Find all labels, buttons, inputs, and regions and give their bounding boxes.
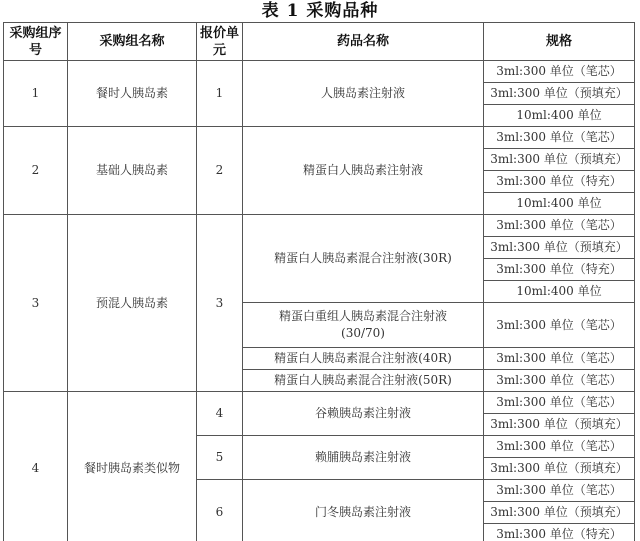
group-no-cell: 1 — [4, 61, 68, 127]
table-row: 4 餐时胰岛素类似物 4 谷赖胰岛素注射液 3ml:300 单位（笔芯） — [4, 392, 635, 414]
header-quote-unit: 报价单元 — [197, 23, 243, 61]
header-spec: 规格 — [484, 23, 635, 61]
header-group-no: 采购组序号 — [4, 23, 68, 61]
spec-cell: 3ml:300 单位（特充） — [484, 171, 635, 193]
spec-cell: 3ml:300 单位（笔芯） — [484, 348, 635, 370]
header-group-name: 采购组名称 — [68, 23, 197, 61]
spec-cell: 3ml:300 单位（笔芯） — [484, 480, 635, 502]
drug-name-cell: 精蛋白人胰岛素注射液 — [243, 127, 484, 215]
drug-name-cell: 门冬胰岛素注射液 — [243, 480, 484, 541]
procurement-table: 采购组序号 采购组名称 报价单元 药品名称 规格 1 餐时人胰岛素 1 人胰岛素… — [3, 22, 635, 541]
spec-cell: 3ml:300 单位（笔芯） — [484, 215, 635, 237]
spec-cell: 3ml:300 单位（笔芯） — [484, 436, 635, 458]
drug-name-cell: 谷赖胰岛素注射液 — [243, 392, 484, 436]
spec-cell: 3ml:300 单位（笔芯） — [484, 370, 635, 392]
spec-cell: 3ml:300 单位（笔芯） — [484, 303, 635, 348]
drug-name-cell: 人胰岛素注射液 — [243, 61, 484, 127]
spec-cell: 10ml:400 单位 — [484, 193, 635, 215]
spec-cell: 3ml:300 单位（预填充） — [484, 458, 635, 480]
group-name-cell: 基础人胰岛素 — [68, 127, 197, 215]
quote-unit-cell: 5 — [197, 436, 243, 480]
group-no-cell: 3 — [4, 215, 68, 392]
table-row: 2 基础人胰岛素 2 精蛋白人胰岛素注射液 3ml:300 单位（笔芯） — [4, 127, 635, 149]
drug-name-cell: 精蛋白人胰岛素混合注射液(30R) — [243, 215, 484, 303]
spec-cell: 3ml:300 单位（预填充） — [484, 414, 635, 436]
spec-cell: 10ml:400 单位 — [484, 281, 635, 303]
spec-cell: 3ml:300 单位（特充） — [484, 259, 635, 281]
drug-name-cell: 赖脯胰岛素注射液 — [243, 436, 484, 480]
header-drug-name: 药品名称 — [243, 23, 484, 61]
spec-cell: 3ml:300 单位（特充） — [484, 524, 635, 541]
spec-cell: 3ml:300 单位（预填充） — [484, 237, 635, 259]
spec-cell: 3ml:300 单位（笔芯） — [484, 127, 635, 149]
quote-unit-cell: 4 — [197, 392, 243, 436]
drug-name-cell: 精蛋白重组人胰岛素混合注射液(30/70) — [243, 303, 484, 348]
table-row: 3 预混人胰岛素 3 精蛋白人胰岛素混合注射液(30R) 3ml:300 单位（… — [4, 215, 635, 237]
group-name-cell: 预混人胰岛素 — [68, 215, 197, 392]
quote-unit-cell: 3 — [197, 215, 243, 392]
spec-cell: 3ml:300 单位（笔芯） — [484, 392, 635, 414]
spec-cell: 3ml:300 单位（预填充） — [484, 149, 635, 171]
quote-unit-cell: 6 — [197, 480, 243, 541]
drug-name-cell: 精蛋白人胰岛素混合注射液(40R) — [243, 348, 484, 370]
spec-cell: 3ml:300 单位（预填充） — [484, 83, 635, 105]
drug-name-cell: 精蛋白人胰岛素混合注射液(50R) — [243, 370, 484, 392]
group-no-cell: 4 — [4, 392, 68, 541]
group-name-cell: 餐时人胰岛素 — [68, 61, 197, 127]
quote-unit-cell: 1 — [197, 61, 243, 127]
table-title: 表 1 采购品种 — [0, 0, 640, 22]
group-no-cell: 2 — [4, 127, 68, 215]
spec-cell: 10ml:400 单位 — [484, 105, 635, 127]
table-row: 1 餐时人胰岛素 1 人胰岛素注射液 3ml:300 单位（笔芯） — [4, 61, 635, 83]
spec-cell: 3ml:300 单位（笔芯） — [484, 61, 635, 83]
spec-cell: 3ml:300 单位（预填充） — [484, 502, 635, 524]
group-name-cell: 餐时胰岛素类似物 — [68, 392, 197, 541]
header-row: 采购组序号 采购组名称 报价单元 药品名称 规格 — [4, 23, 635, 61]
quote-unit-cell: 2 — [197, 127, 243, 215]
